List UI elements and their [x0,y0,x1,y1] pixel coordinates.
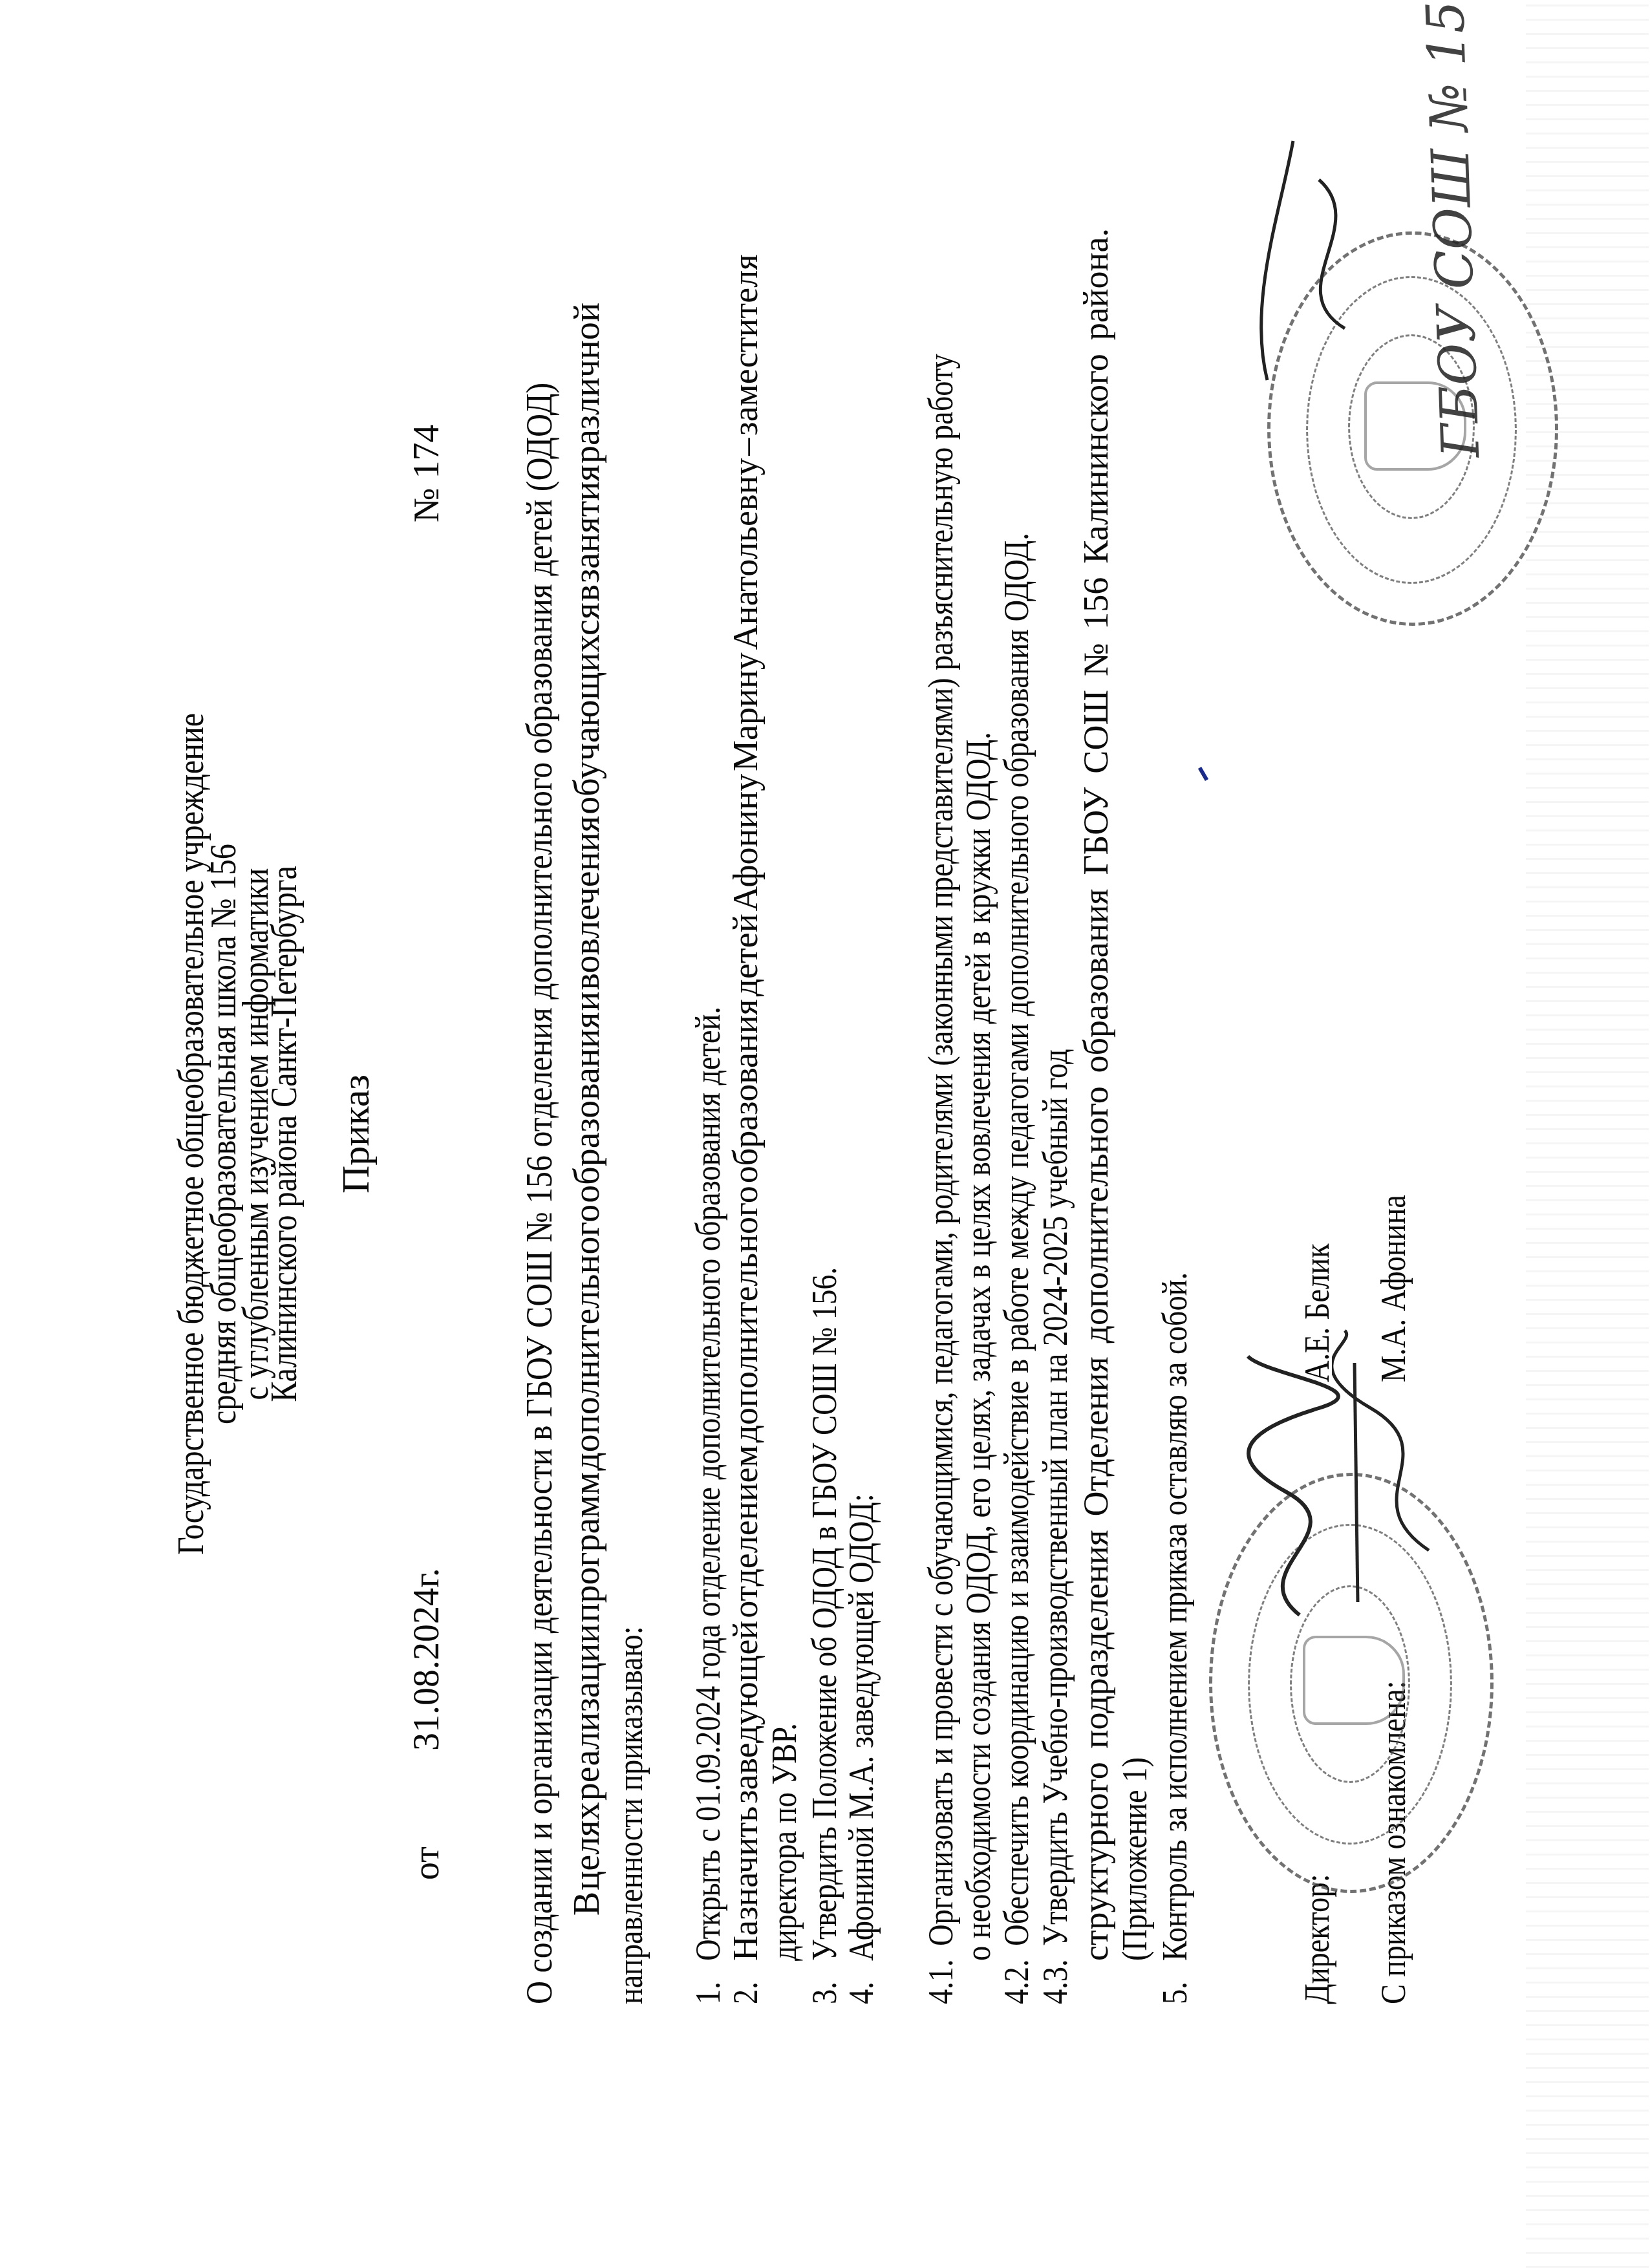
item-4-3-number: 4.3. [1038,1959,1073,2004]
item-4-1-line-2: о необходимости создания ОДОД, его целях… [961,732,996,1961]
word: района. [1078,228,1113,340]
word: № [1078,643,1113,677]
word: отделением [728,1445,763,1618]
order-date: 31.08.2024г. [409,1568,445,1751]
acknowledged-signature [1332,1324,1461,1557]
word: вовлечения [569,816,605,990]
word: в [569,584,605,601]
word: целях [569,1802,605,1890]
item-4-3-line-1: Утвердить Учебно-производственный план н… [1038,1049,1073,1946]
item-4-text: Афониной М.А. заведующей ОДОД: [844,1493,879,1961]
item-5-number: 5. [1157,1982,1192,2004]
item-4-1-line-1: Организовать и провести с обучающимися, … [923,354,958,1946]
word: заведующей [728,1621,763,1804]
word: – [728,438,763,456]
word: Афонину [728,774,763,912]
preamble-line-2: направленности приказываю: [613,1626,648,2004]
item-4-3-line-2: структурногоподразделенияОтделениядополн… [1078,228,1113,1961]
stamp-signature [1241,122,1422,393]
word: различной [569,303,605,464]
item-3-number: 3. [807,1982,842,2004]
word: структурного [1078,1762,1113,1961]
pen-mark [1198,767,1208,781]
word: образования [1078,889,1113,1073]
word: заместителя [728,254,763,436]
order-title: О создании и организации деятельности в … [520,383,558,2004]
item-2-number: 2. [728,1982,763,2004]
word: СОШ [1078,690,1113,774]
word: детей [728,914,763,996]
word: дополнительного [569,1204,605,1471]
word: образования [569,1012,605,1203]
item-4-number: 4. [844,1982,879,2004]
word: дополнительного [1078,1086,1113,1343]
item-4-3-tail: (Приложение 1) [1117,1757,1152,1961]
word: образования [728,999,763,1183]
date-prefix: от [409,1846,445,1880]
item-2-line-2: директора по УВР. [767,1723,802,1961]
word: Отделения [1078,1356,1113,1516]
word: и [569,992,605,1011]
preamble-line-1: Вцеляхреализациипрограммдополнительногоо… [569,303,605,1916]
item-1-number: 1. [691,1982,725,2004]
word: реализации [569,1623,605,1801]
word: В [569,1892,605,1916]
scan-bleed-through [1526,0,1649,2268]
word: Калининского [1078,354,1113,564]
coat-of-arms-icon [1303,1636,1405,1725]
word: 156 [1078,577,1113,630]
director-label: Директор: [1300,1874,1334,2004]
word: программ [569,1472,605,1623]
item-3-text: Утвердить Положение об ОДОД в ГБОУ СОШ №… [807,1267,842,1961]
document-page: Государственное бюджетное общеобразовате… [0,0,1650,2268]
item-4-2-number: 4.2. [999,1959,1034,2004]
order-heading: Приказ [336,0,375,2268]
item-5-text: Контроль за исполнением приказа оставляю… [1157,1272,1192,1961]
item-4-1-number: 4.1. [923,1959,958,2004]
word: Марину [728,652,763,771]
word: занятия [569,465,605,583]
item-1-text: Открыть с 01.09.2024 года отделение допо… [691,1007,725,1961]
word: подразделения [1078,1530,1113,1748]
word: ГБОУ [1078,787,1113,875]
order-number: № 174 [409,425,445,522]
word: обучающихся [569,603,605,814]
item-4-2-text: Обеспечить координацию и взаимодействие … [999,533,1034,1946]
word: Назначить [728,1806,763,1961]
word: дополнительного [728,1186,763,1442]
word: Анатольевну [728,458,763,650]
institution-name-line-4: Калининского района Санкт-Петербурга [266,159,303,2110]
item-2-line-1: Назначитьзаведующейотделениемдополнитель… [728,254,763,1961]
